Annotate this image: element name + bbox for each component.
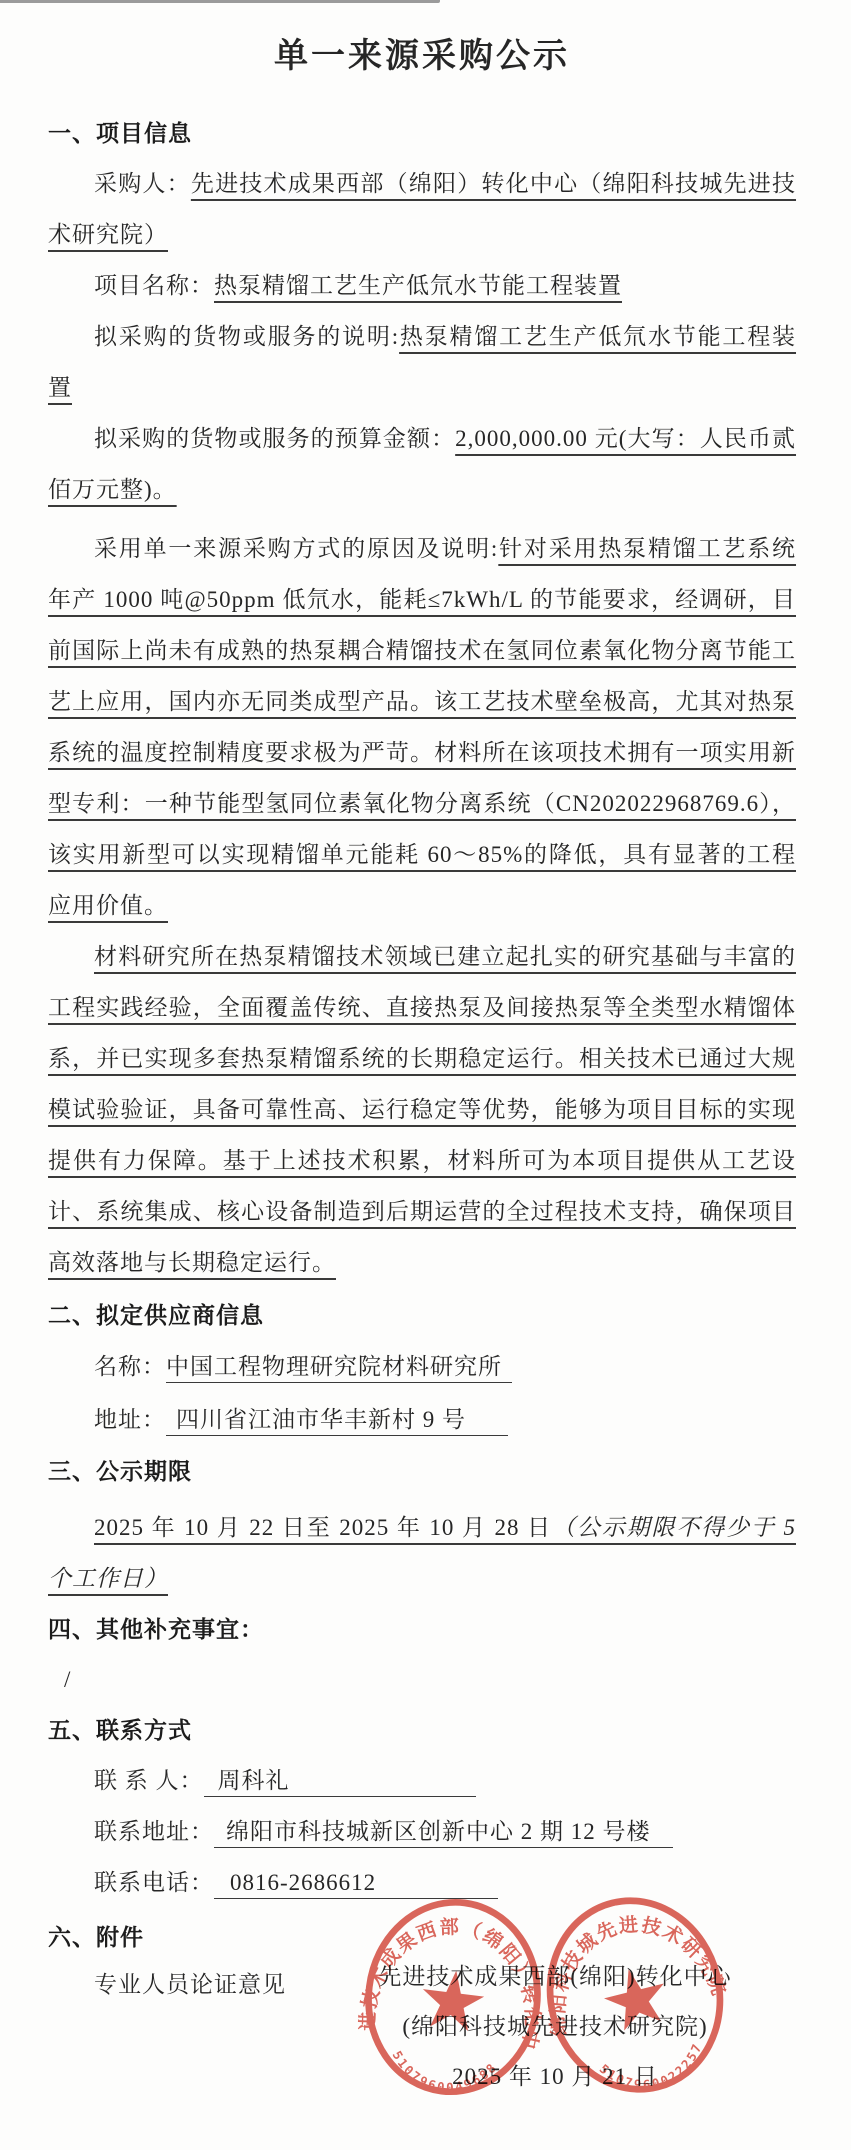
budget-row: 拟采购的货物或服务的预算金额：2,000,000.00 元(大写：人民币贰佰万元… [48, 413, 796, 515]
supplier-capability-paragraph: 材料研究所在热泵精馏技术领域已建立起扎实的研究基础与丰富的工程实践经验，全面覆盖… [48, 931, 796, 1288]
goods-description-label: 拟采购的货物或服务的说明: [94, 324, 399, 349]
contact-address-value: 绵阳市科技城新区创新中心 2 期 12 号楼 [214, 1817, 673, 1848]
supplier-name-row: 名称：中国工程物理研究院材料研究所 [48, 1340, 796, 1393]
supplier-address-label: 地址： [94, 1407, 166, 1432]
project-name-row: 项目名称：热泵精馏工艺生产低氘水节能工程装置 [48, 260, 796, 311]
supplier-name-value: 中国工程物理研究院材料研究所 [166, 1352, 512, 1383]
contact-address-label: 联系地址： [94, 1819, 214, 1844]
document-body: 一、项目信息 采购人：先进技术成果西部（绵阳）转化中心（绵阳科技城先进技术研究院… [0, 108, 851, 2008]
single-source-reason-value: 针对采用热泵精馏工艺系统年产 1000 吨@50ppm 低氘水，能耗≤7kWh/… [48, 536, 796, 918]
section-heading-contact: 五、联系方式 [48, 1705, 796, 1755]
scanned-document-page: 单一来源采购公示 一、项目信息 采购人：先进技术成果西部（绵阳）转化中心（绵阳科… [0, 0, 851, 2150]
buyer-row: 采购人：先进技术成果西部（绵阳）转化中心（绵阳科技城先进技术研究院） [48, 158, 796, 260]
supplier-address-value: 四川省江油市华丰新村 9 号 [166, 1405, 508, 1436]
other-matters-content: / [48, 1654, 796, 1705]
buyer-label: 采购人： [94, 171, 191, 196]
seal-star-icon: ★ [590, 1944, 683, 2053]
contact-phone-value: 0816-2686612 [214, 1868, 498, 1899]
contact-phone-label: 联系电话： [94, 1870, 214, 1895]
publicity-period-dates: 2025 年 10 月 22 日至 2025 年 10 月 28 日 [94, 1515, 552, 1540]
section-heading-publicity-period: 三、公示期限 [48, 1446, 796, 1496]
supplier-capability-value: 材料研究所在热泵精馏技术领域已建立起扎实的研究基础与丰富的工程实践经验，全面覆盖… [48, 944, 796, 1275]
page-title: 单一来源采购公示 [48, 34, 796, 80]
project-name-value: 热泵精馏工艺生产低氘水节能工程装置 [214, 273, 622, 298]
publicity-period-row: 2025 年 10 月 22 日至 2025 年 10 月 28 日（公示期限不… [48, 1502, 796, 1604]
contact-person-value: 周科礼 [204, 1766, 476, 1797]
single-source-reason-row: 采用单一来源采购方式的原因及说明:针对采用热泵精馏工艺系统年产 1000 吨@5… [48, 523, 796, 931]
supplier-name-label: 名称： [94, 1354, 166, 1379]
supplier-address-row: 地址：四川省江油市华丰新村 9 号 [48, 1393, 796, 1446]
contact-address-row: 联系地址：绵阳市科技城新区创新中心 2 期 12 号楼 [48, 1806, 796, 1857]
project-name-label: 项目名称： [94, 273, 214, 298]
section-heading-project-info: 一、项目信息 [48, 108, 796, 158]
section-heading-other-matters: 四、其他补充事宜： [48, 1604, 796, 1654]
section-heading-supplier-info: 二、拟定供应商信息 [48, 1290, 796, 1340]
goods-description-row: 拟采购的货物或服务的说明:热泵精馏工艺生产低氘水节能工程装置 [48, 311, 796, 413]
budget-label: 拟采购的货物或服务的预算金额： [94, 426, 455, 451]
single-source-reason-label: 采用单一来源采购方式的原因及说明: [94, 536, 498, 561]
contact-person-label: 联 系 人： [94, 1768, 204, 1793]
seal-star-icon: ★ [411, 1950, 494, 2052]
scan-edge-artifact [0, 0, 440, 3]
contact-person-row: 联 系 人：周科礼 [48, 1755, 796, 1806]
